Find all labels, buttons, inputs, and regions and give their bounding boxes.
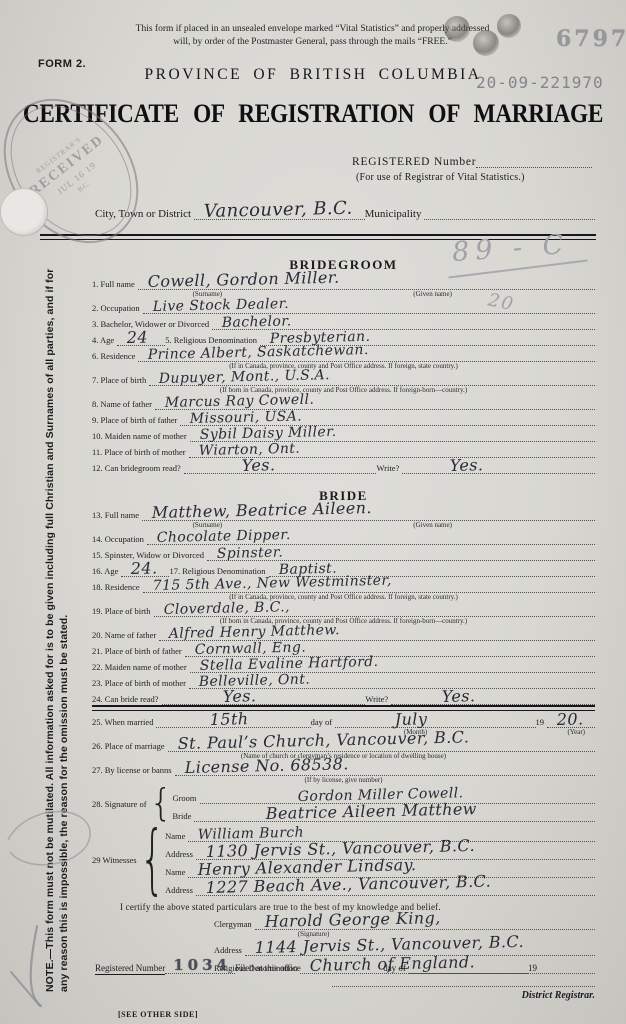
field-row-license: 27. By license or banns License No. 6853… [92,760,595,776]
field-line: 20. [547,712,595,728]
field-line: Sybil Daisy Miller. [190,426,595,442]
field-line: Yes. [402,458,595,474]
field-row-can-read-write: 24. Can bride read? Yes. Write? Yes. [92,689,595,705]
field-line: Bachelor. [212,314,595,330]
middle-divider-rule [92,705,595,711]
bride-label: Bride [172,811,194,822]
field-line: Prince Albert, Saskatchewan. [138,346,595,362]
field-row-can-read-write: 12. Can bridegroom read? Yes. Write? Yes… [92,458,595,474]
field-row-residence: 6. Residence Prince Albert, Saskatchewan… [92,346,595,362]
city-district-row: City, Town or District Vancouver, B.C. M… [95,196,595,220]
field-label: 7. Place of birth [92,375,149,386]
registered-number-row: REGISTERED Number [352,156,592,168]
handwritten-value: Sybil Daisy Miller. [199,424,336,443]
field-line: July [335,712,535,728]
field-label: 27. By license or banns [92,765,175,776]
witnesses-block: 29 Witnesses { Name William Burch Addres… [92,824,595,896]
handwritten-value: Cloverdale, B.C., [163,599,289,618]
field-sublabels: (If in Canada, province, county and Post… [92,593,595,601]
pencil-check-short-stroke [11,972,40,1006]
handwritten-value: Spinster. [217,544,284,562]
registered-number-blank [476,156,592,168]
field-label: 10. Maiden name of mother [92,431,190,442]
license-sublabel: (If by license, give number) [305,776,383,784]
field-row-father: 8. Name of father Marcus Ray Cowell. [92,394,595,410]
side-note-vertical: NOTE.—This form must not be mutilated. A… [44,268,71,992]
handwritten-value: License No. 68538. [184,754,348,777]
handwritten-value: Yes. [222,686,256,706]
field-line: Live Stock Dealer. [143,298,595,314]
field-label: 26. Place of marriage [92,741,168,752]
field-label: 24. Can bride read? [92,694,162,705]
clergyman-row: Clergyman Harold George King, [214,912,595,930]
field-row-mother: 22. Maiden name of mother Stella Evaline… [92,657,595,673]
field-label: 4. Age [92,335,117,346]
field-line: 15th [156,712,310,728]
field-line: Dupuyer, Mont., U.S.A. [149,370,595,386]
field-line: Chocolate Dipper. [147,529,595,545]
serial-number-stamp: 67970 [556,26,626,52]
handwritten-value: Dupuyer, Mont., U.S.A. [159,367,330,387]
handwritten-value: Chocolate Dipper. [157,527,291,546]
field-label: 12. Can bridegroom read? [92,463,184,474]
marriage-section: 25. When married 15th day of July 19 20.… [92,712,595,974]
witnesses-label: 29 Witnesses [92,855,140,866]
field-row-father: 20. Name of father Alfred Henry Matthew. [92,625,595,641]
field-row-birthplace: 19. Place of birth Cloverdale, B.C., [92,601,595,617]
field-row-full-name: 13. Full name Matthew, Beatrice Aileen. [92,505,595,521]
field-line: 715 5th Ave., New Westminster, [143,577,595,593]
field-row-mother-birthplace: 23. Place of birth of mother Belleville,… [92,673,595,689]
field-line: St. Paul’s Church, Vancouver, B.C. [168,736,595,752]
field-label: 19. Place of birth [92,606,154,617]
field-line: Spinster. [207,545,595,561]
field-label: 1. Full name [92,279,138,290]
field-line: Stella Evaline Hartford. [190,657,595,673]
witness-field-label: Name [165,867,188,878]
handwritten-value: 24. [131,558,158,578]
field-label: 20. Name of father [92,630,159,641]
field-label: 6. Residence [92,351,138,362]
field-label: 2. Occupation [92,303,143,314]
field-sublabels: (If born in Canada, province, county and… [92,386,595,394]
address-label: Address [214,945,245,956]
field-row-occupation: 2. Occupation Live Stock Dealer. [92,298,595,314]
field-line: Alfred Henry Matthew. [159,625,595,641]
clergyman-label: Clergyman [214,919,255,930]
bride-signature-handwritten: Beatrice Aileen Matthew [266,799,477,823]
bride-section: BRIDE 13. Full name Matthew, Beatrice Ai… [92,488,595,705]
field-label: 23. Place of birth of mother [92,678,189,689]
field-sublabels: (If in Canada, province, county and Post… [92,362,595,370]
field-row-father-birthplace: 9. Place of birth of father Missouri, US… [92,410,595,426]
field-label: 3. Bachelor, Widower or Divorced [92,319,212,330]
given-name-sublabel: (Given name) [413,290,452,298]
field-label: 18. Residence [92,582,143,593]
city-value-handwritten: Vancouver, B.C. [204,198,353,222]
bridegroom-section: BRIDEGROOM 1. Full name Cowell, Gordon M… [92,257,595,474]
field-sublabels: (Surname) (Given name) [92,290,595,298]
handwritten-value: Bachelor. [222,313,292,331]
registrar-use-note: (For use of Registrar of Vital Statistic… [356,172,596,183]
ink-blotch [473,30,499,56]
handwritten-value: 24 [127,328,149,347]
municipality-label: Municipality [365,208,425,220]
field-line: 1034 [165,958,235,974]
bride-signature-row: Bride Beatrice Aileen Matthew [172,804,595,822]
field-line: 1227 Beach Ave., Vancouver, B.C. [196,878,595,896]
clergyman-signature-handwritten: Harold George King, [264,908,440,931]
microfilm-date-stamp: 20-09-221970 [476,73,604,92]
pencil-check-long-stroke [31,926,41,1006]
field-row-birthplace: 7. Place of birth Dupuyer, Mont., U.S.A. [92,370,595,386]
field-line: License No. 68538. [175,760,595,776]
year-prefix-label: 19 [528,963,540,974]
marriage-certificate-document: This form if placed in an unsealed envel… [0,0,626,1024]
field-label: 16. Age [92,566,121,577]
field-label: 22. Maiden name of mother [92,662,190,673]
field-label: Write? [376,463,402,474]
witness-field-label: Address [165,849,196,860]
field-label: Write? [365,694,391,705]
field-label: 19 [536,717,548,728]
field-label: 14. Occupation [92,534,147,545]
municipality-blank [424,196,595,220]
handwritten-value: Live Stock Dealer. [152,296,289,315]
ink-blotch [444,16,470,42]
field-row-mother-birthplace: 11. Place of birth of mother Wiarton, On… [92,442,595,458]
handwritten-value: Matthew, Beatrice Aileen. [152,498,372,522]
witness-field-label: Address [165,885,196,896]
handwritten-value: Yes. [241,455,275,475]
field-row-status: 15. Spinster, Widow or Divorced Spinster… [92,545,595,561]
signatures-label: 28. Signature of [92,799,150,810]
handwritten-value: Yes. [450,455,484,475]
field-line: 24. [121,561,169,577]
field-line: Harold George King, [255,912,595,930]
field-label: day of [311,717,335,728]
field-line: Cornwall, Eng. [185,641,595,657]
field-label: 21. Place of birth of father [92,646,185,657]
brace-glyph: { [140,822,165,898]
field-sublabels: (Surname) (Given name) [92,521,595,529]
field-label: 8. Name of father [92,399,155,410]
handwritten-value: July [395,709,428,729]
handwritten-value: Cowell, Gordon Miller. [147,268,339,291]
filing-row: Registered Number 1034 Filed at this off… [95,958,595,974]
field-line: Matthew, Beatrice Aileen. [142,505,595,521]
field-row-place-of-marriage: 26. Place of marriage St. Paul’s Church,… [92,736,595,752]
field-label: 11. Place of birth of mother [92,447,189,458]
district-registrar-label: District Registrar. [332,990,595,1001]
field-row-status: 3. Bachelor, Widower or Divorced Bachelo… [92,314,595,330]
ink-blotch [497,14,521,38]
witness-field-label: Name [165,831,188,842]
witness-address-row: Address 1227 Beach Ave., Vancouver, B.C. [165,878,595,896]
handwritten-value: 15th [210,709,249,729]
field-line: Yes. [391,689,595,705]
month-blank [409,958,528,974]
postal-note-line2: will, by order of the Postmaster General… [173,37,452,47]
registered-number-label: REGISTERED Number [352,156,476,168]
given-name-sublabel: (Given name) [413,521,452,529]
signature-lines: Groom Gordon Miller Cowell. Bride Beatri… [172,786,595,822]
registered-number-stamp: 1034 [173,956,231,974]
see-other-side-note: [SEE OTHER SIDE] [118,1010,198,1019]
handwritten-value: Prince Albert, Saskatchewan. [148,342,369,363]
groom-label: Groom [172,793,199,804]
year-blank [540,958,595,974]
signatures-block: 28. Signature of { Groom Gordon Miller C… [92,786,595,822]
field-line: Cowell, Gordon Miller. [138,274,595,290]
field-label: 25. When married [92,717,156,728]
handwritten-value: 20. [557,709,584,729]
handwritten-value: Yes. [442,686,476,706]
field-sublabels: (If born in Canada, province, county and… [92,617,595,625]
day-of-label: day of [383,963,409,974]
witness-lines: Name William Burch Address 1130 Jervis S… [165,824,595,896]
field-line: Marcus Ray Cowell. [155,394,595,410]
field-line: Missouri, USA. [180,410,595,426]
field-line: Beatrice Aileen Matthew [194,804,595,822]
field-row-residence: 18. Residence 715 5th Ave., New Westmins… [92,577,595,593]
field-row-full-name: 1. Full name Cowell, Gordon Miller. [92,274,595,290]
postal-note-line1: This form if placed in an unsealed envel… [136,24,490,34]
year-sublabel: (Year) [567,728,585,736]
field-label: 9. Place of birth of father [92,415,180,426]
field-row-mother: 10. Maiden name of mother Sybil Daisy Mi… [92,426,595,442]
registered-number-footer-label: Registered Number [95,963,165,975]
city-field: Vancouver, B.C. [194,196,365,220]
field-label: 13. Full name [92,510,142,521]
filed-date-blank [304,958,383,974]
field-line: 24 [117,330,165,346]
field-row-when-married: 25. When married 15th day of July 19 20. [92,712,595,728]
field-row-occupation: 14. Occupation Chocolate Dipper. [92,529,595,545]
district-registrar-signature-line [332,986,595,987]
field-line: Yes. [184,458,377,474]
field-line: Yes. [162,689,366,705]
field-line: Cloverdale, B.C., [154,601,595,617]
filed-label: Filed at this office [235,963,304,974]
handwritten-value: Alfred Henry Matthew. [169,622,340,642]
punch-hole [0,188,48,236]
